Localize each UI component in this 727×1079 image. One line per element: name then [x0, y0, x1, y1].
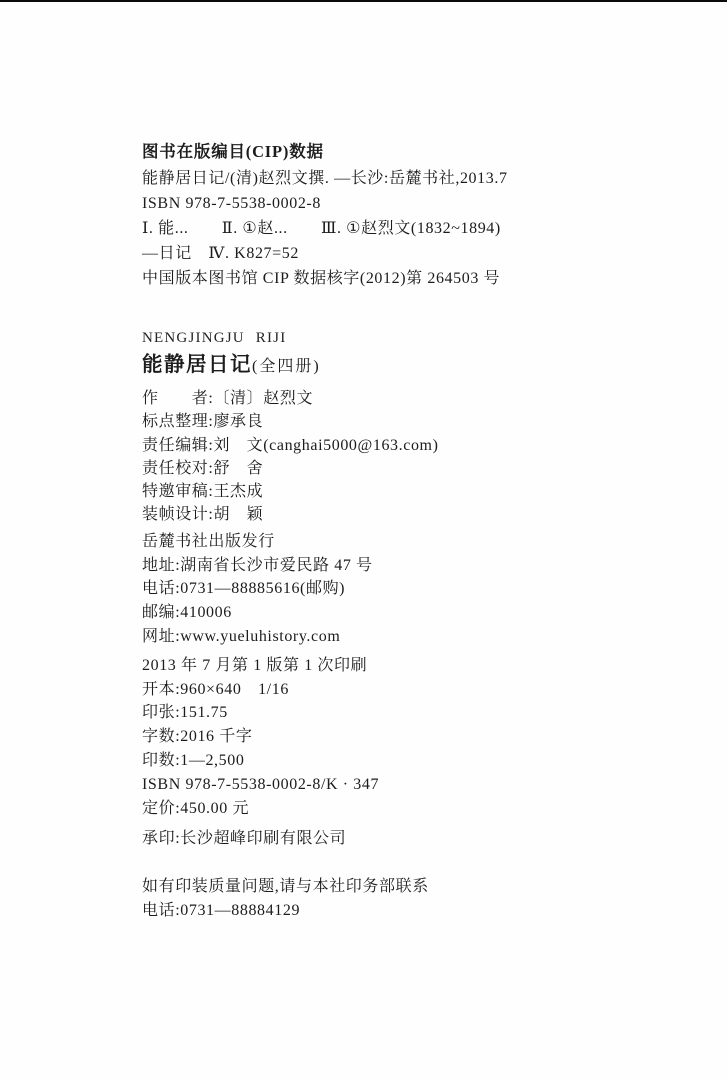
cip-block: 图书在版编目(CIP)数据 能静居日记/(清)赵烈文撰. —长沙:岳麓书社,20… [142, 140, 642, 291]
book-volumes: (全四册) [252, 358, 321, 375]
publisher-block: 岳麓书社出版发行地址:湖南省长沙市爱民路 47 号电话:0731—8888561… [142, 530, 642, 649]
book-title-block: NENGJINGJU RIJI 能静居日记(全四册) 作 者:〔清〕赵烈文标点整… [142, 326, 642, 527]
printing-line: 印数:1—2,500 [142, 749, 642, 773]
notice-line: 电话:0731—88884129 [142, 899, 642, 923]
printing-line: ISBN 978-7-5538-0002-8/K · 347 [142, 773, 642, 797]
colophon-content: 图书在版编目(CIP)数据 能静居日记/(清)赵烈文撰. —长沙:岳麓书社,20… [142, 140, 642, 923]
cip-lines: 能静居日记/(清)赵烈文撰. —长沙:岳麓书社,2013.7ISBN 978-7… [142, 166, 642, 291]
credit-line: 作 者:〔清〕赵烈文 [142, 387, 642, 410]
copyright-page: 图书在版编目(CIP)数据 能静居日记/(清)赵烈文撰. —长沙:岳麓书社,20… [0, 0, 727, 1079]
book-title-line: 能静居日记(全四册) [142, 350, 642, 382]
printing-line: 印张:151.75 [142, 701, 642, 725]
credit-line: 责任编辑:刘 文(canghai5000@163.com) [142, 434, 642, 457]
cip-line: ISBN 978-7-5538-0002-8 [142, 191, 642, 216]
book-title: 能静居日记 [142, 354, 252, 376]
cip-line: 中国版本图书馆 CIP 数据核字(2012)第 264503 号 [142, 266, 642, 291]
notice-line: 如有印装质量问题,请与本社印务部联系 [142, 875, 642, 899]
credit-line: 标点整理:廖承良 [142, 410, 642, 433]
printer-line: 承印:长沙超峰印刷有限公司 [142, 827, 642, 851]
publisher-line: 地址:湖南省长沙市爱民路 47 号 [142, 554, 642, 578]
printing-block: 2013 年 7 月第 1 版第 1 次印刷开本:960×640 1/16印张:… [142, 654, 642, 821]
book-title-pinyin: NENGJINGJU RIJI [142, 326, 642, 350]
printing-line: 开本:960×640 1/16 [142, 678, 642, 702]
publisher-line: 岳麓书社出版发行 [142, 530, 642, 554]
printing-line: 2013 年 7 月第 1 版第 1 次印刷 [142, 654, 642, 678]
cip-line: —日记 Ⅳ. K827=52 [142, 241, 642, 266]
publisher-line: 网址:www.yueluhistory.com [142, 625, 642, 649]
credit-line: 装帧设计:胡 颖 [142, 503, 642, 526]
cip-line: Ⅰ. 能... Ⅱ. ①赵... Ⅲ. ①赵烈文(1832~1894) [142, 216, 642, 241]
cip-heading: 图书在版编目(CIP)数据 [142, 140, 642, 164]
credit-line: 特邀审稿:王杰成 [142, 480, 642, 503]
printing-line: 定价:450.00 元 [142, 797, 642, 821]
credits-list: 作 者:〔清〕赵烈文标点整理:廖承良责任编辑:刘 文(canghai5000@1… [142, 387, 642, 527]
cip-line: 能静居日记/(清)赵烈文撰. —长沙:岳麓书社,2013.7 [142, 166, 642, 191]
publisher-line: 电话:0731—88885616(邮购) [142, 577, 642, 601]
printing-line: 字数:2016 千字 [142, 725, 642, 749]
publisher-line: 邮编:410006 [142, 601, 642, 625]
credit-line: 责任校对:舒 舍 [142, 457, 642, 480]
printer-block: 承印:长沙超峰印刷有限公司 [142, 827, 642, 851]
page-top-rule [0, 0, 727, 2]
quality-notice-block: 如有印装质量问题,请与本社印务部联系电话:0731—88884129 [142, 875, 642, 923]
